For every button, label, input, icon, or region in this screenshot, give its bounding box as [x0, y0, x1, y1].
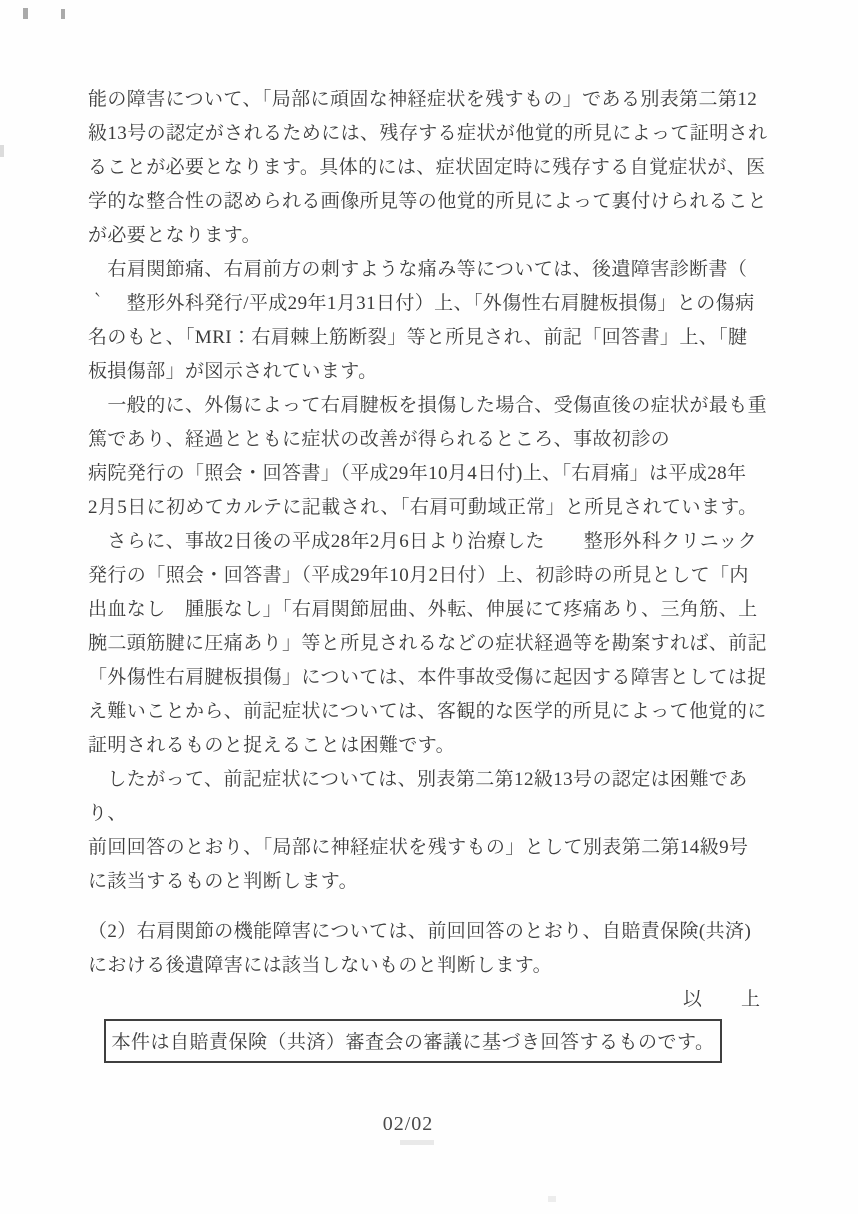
notice-text: 本件は自賠責保険（共済）審査会の審議に基づき回答するものです。: [112, 1032, 715, 1053]
text-line: え難いことから、前記症状については、客観的な医学的所見によって他覚的に: [88, 695, 778, 729]
text-line: が必要となります。: [88, 219, 778, 253]
text-line: 名のもと、「MRI：右肩棘上筋断裂」等と所見され、前記「回答書」上、「腱: [88, 321, 778, 355]
document-page: 能の障害について、「局部に頑固な神経症状を残すもの」である別表第二第12級13号…: [0, 0, 858, 1214]
text-line: ることが必要となります。具体的には、症状固定時に残存する自覚症状が、医: [88, 151, 778, 185]
body-text: 能の障害について、「局部に頑固な神経症状を残すもの」である別表第二第12級13号…: [88, 83, 778, 899]
notice-box: 本件は自賠責保険（共済）審査会の審議に基づき回答するものです。: [104, 1019, 722, 1063]
text-line: 右肩関節痛、右肩前方の刺すような痛み等については、後遺障害診断書（: [88, 253, 778, 287]
text-line: （2）右肩関節の機能障害については、前回回答のとおり、自賠責保険(共済): [88, 915, 778, 949]
text-line: 病院発行の「照会・回答書」（平成29年10月4日付)上、「右肩痛」は平成28年: [88, 457, 778, 491]
text-line: 証明されるものと捉えることは困難です。: [88, 729, 778, 763]
closing-statement: 以 上: [88, 983, 778, 1017]
scan-artifact: [0, 145, 4, 157]
text-line: 篤であり、経過とともに症状の改善が得られるところ、事故初診の: [88, 423, 778, 457]
text-line: 学的な整合性の認められる画像所見等の他覚的所見によって裏付けられること: [88, 185, 778, 219]
text-line: 出血なし 腫脹なし」「右肩関節屈曲、外転、伸展にて疼痛あり、三角筋、上: [88, 593, 778, 627]
text-line: 前回回答のとおり、「局部に神経症状を残すもの」として別表第二第14級9号: [88, 831, 778, 865]
scan-artifact: [23, 8, 28, 19]
text-line: 腕二頭筋腱に圧痛あり」等と所見されるなどの症状経過等を勘案すれば、前記: [88, 627, 778, 661]
text-line: 発行の「照会・回答書」（平成29年10月2日付）上、初診時の所見として「内: [88, 559, 778, 593]
page-number: 02/02: [0, 1113, 816, 1136]
scan-artifact: [61, 9, 65, 19]
scan-artifact: [400, 1140, 434, 1145]
scan-artifact: [548, 1196, 556, 1202]
text-line: ｀ 整形外科発行/平成29年1月31日付）上、「外傷性右肩腱板損傷」との傷病: [88, 287, 778, 321]
text-line: 2月5日に初めてカルテに記載され、「右肩可動域正常」と所見されています。: [88, 491, 778, 525]
text-line: したがって、前記症状については、別表第二第12級13号の認定は困難であり、: [88, 763, 778, 831]
section-2-text: （2）右肩関節の機能障害については、前回回答のとおり、自賠責保険(共済)における…: [88, 915, 778, 983]
text-line: 能の障害について、「局部に頑固な神経症状を残すもの」である別表第二第12: [88, 83, 778, 117]
text-line: 板損傷部」が図示されています。: [88, 355, 778, 389]
text-line: に該当するものと判断します。: [88, 865, 778, 899]
text-line: 級13号の認定がされるためには、残存する症状が他覚的所見によって証明され: [88, 117, 778, 151]
text-line: における後遺障害には該当しないものと判断します。: [88, 949, 778, 983]
text-area: 能の障害について、「局部に頑固な神経症状を残すもの」である別表第二第12級13号…: [88, 83, 778, 1063]
text-line: 一般的に、外傷によって右肩腱板を損傷した場合、受傷直後の症状が最も重: [88, 389, 778, 423]
text-line: 「外傷性右肩腱板損傷」については、本件事故受傷に起因する障害としては捉: [88, 661, 778, 695]
text-line: さらに、事故2日後の平成28年2月6日より治療した 整形外科クリニック: [88, 525, 778, 559]
